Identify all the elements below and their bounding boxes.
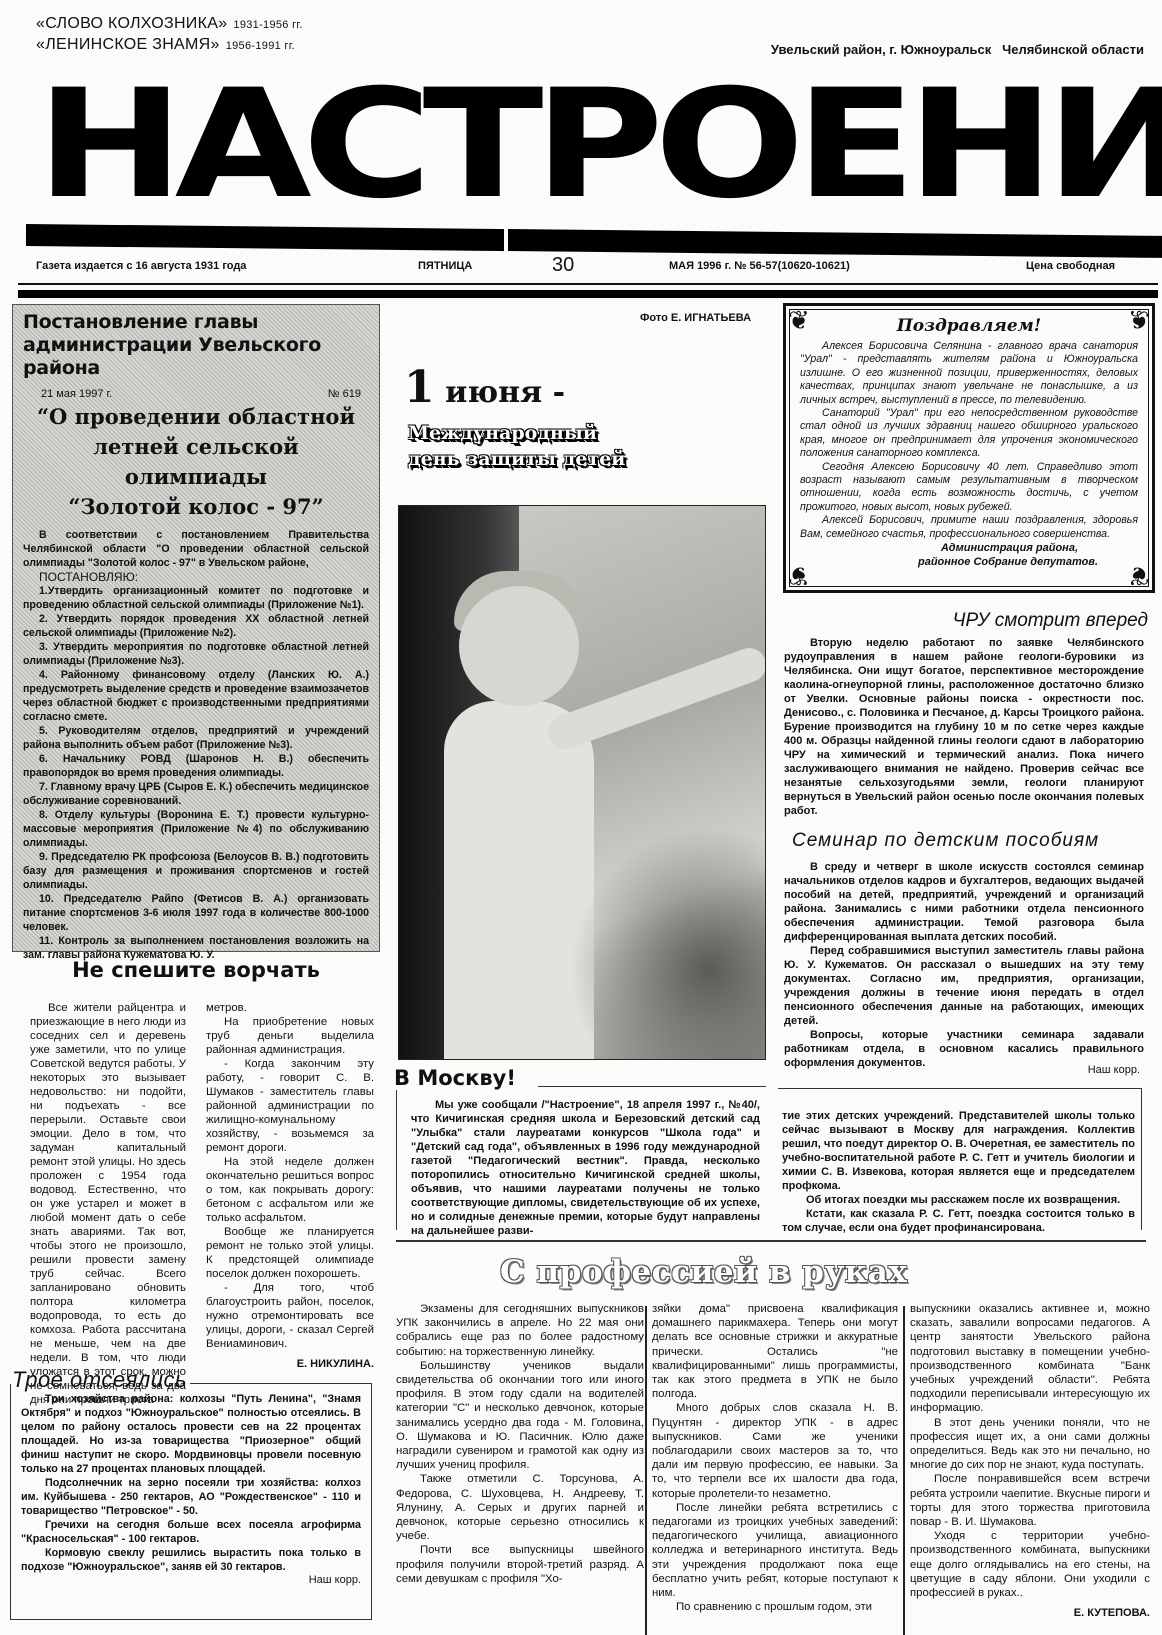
photo-credit: Фото Е. ИГНАТЬЕВА bbox=[640, 312, 751, 324]
logo-bar-notch bbox=[504, 226, 508, 256]
decree-item: 5. Руководителям отделов, предприятий и … bbox=[23, 724, 369, 752]
published-since: Газета издается с 16 августа 1931 года bbox=[36, 260, 246, 272]
day-number: 30 bbox=[552, 254, 574, 277]
article-column: Все жители райцентра и приезжающие в нег… bbox=[30, 1001, 186, 1407]
headline-chru: ЧРУ смотрит вперед bbox=[953, 610, 1148, 632]
article-column: В среду и четверг в школе искусств состо… bbox=[784, 860, 1144, 1070]
paragraph: На этой неделе должен окончательно решит… bbox=[206, 1155, 374, 1225]
article-column: тие этих детских учреждений. Представите… bbox=[778, 1088, 1142, 1230]
subheadline-line: день защиты детей bbox=[408, 446, 625, 472]
decree-item: 9. Председателю РК профсоюза (Белоусов В… bbox=[23, 850, 369, 892]
paragraph: выпускники оказались активнее и, можно с… bbox=[910, 1302, 1150, 1416]
headline-to-moscow: В Москву! bbox=[394, 1066, 516, 1090]
paragraph: Также отметили С. Торсунова, А. Федорова… bbox=[396, 1472, 644, 1543]
congrats-heading: Поздравляем! bbox=[800, 316, 1138, 336]
decree-item: 4. Районному финансовому отделу (Ланских… bbox=[23, 668, 369, 724]
paragraph: - Когда закончим эту работу, - говорит С… bbox=[206, 1057, 374, 1155]
paragraph: Вообще же планируется ремонт не только э… bbox=[206, 1225, 374, 1281]
paragraph: Перед собравшимися выступил заместитель … bbox=[784, 944, 1144, 1028]
paragraph: Гречихи на сегодня больше всех посеяла а… bbox=[21, 1518, 361, 1546]
article-column: метров. На приобретение новых труб деньг… bbox=[206, 1001, 374, 1371]
former-titles: «СЛОВО КОЛХОЗНИКА»1931-1956 гг. «ЛЕНИНСК… bbox=[36, 14, 303, 56]
paragraph: зяйки дома" присвоена квалификация домаш… bbox=[652, 1302, 898, 1401]
former-title-1: «СЛОВО КОЛХОЗНИКА»1931-1956 гг. bbox=[36, 14, 303, 35]
divider bbox=[396, 1240, 1146, 1242]
headline-dont-grumble: Не спешите ворчать bbox=[12, 958, 380, 982]
byline: Наш корр. bbox=[1088, 1064, 1140, 1076]
decree-title-2: летней сельской bbox=[23, 432, 369, 462]
paragraph: Экзамены для сегодняшних выпускников УПК… bbox=[396, 1302, 644, 1359]
paragraph: Почти все выпускницы швейного профиля по… bbox=[396, 1543, 644, 1586]
paragraph: После линейки ребята встретились с педаг… bbox=[652, 1501, 898, 1600]
signature: районное Собрание депутатов. bbox=[800, 555, 1098, 569]
paragraph: Алексей Борисович, примите наши поздравл… bbox=[800, 514, 1138, 541]
dateline: Газета издается с 16 августа 1931 года П… bbox=[36, 256, 1136, 278]
article-column: Мы уже сообщали /"Настроение", 18 апреля… bbox=[396, 1090, 766, 1230]
ornament-icon: ❦ bbox=[788, 562, 810, 588]
decree-date: 21 мая 1997 г. bbox=[41, 388, 112, 400]
paragraph: Мы уже сообщали /"Настроение", 18 апреля… bbox=[411, 1098, 760, 1238]
article-box: Три хозяйства района: колхозы "Путь Лени… bbox=[10, 1384, 372, 1620]
article-column: Вторую неделю работают по заявке Челябин… bbox=[784, 636, 1144, 818]
region-line: Увельский район, г. Южноуральск Челябинс… bbox=[771, 42, 1144, 57]
paragraph: Алексея Борисовича Селянина - главного в… bbox=[800, 340, 1138, 407]
paragraph: Все жители райцентра и приезжающие в нег… bbox=[30, 1001, 186, 1407]
decree-item: 1.Утвердить организационный комитет по п… bbox=[23, 584, 369, 612]
paragraph: По сравнению с прошлым годом, эти bbox=[652, 1600, 898, 1614]
paragraph: После понравившейся всем встречи ребята … bbox=[910, 1472, 1150, 1529]
column-rule bbox=[903, 1306, 905, 1635]
paragraph: Кормовую свеклу решились вырастить пока … bbox=[21, 1546, 361, 1574]
headline-june-1: 1 июня - bbox=[404, 362, 565, 413]
congratulations-box: ❦ ❦ ❦ ❦ Поздравляем! Алексея Борисовича … bbox=[783, 303, 1155, 593]
decree-item: 3. Утвердить мероприятия по подготовке о… bbox=[23, 640, 369, 668]
divider-thick bbox=[18, 290, 1158, 298]
article-column: зяйки дома" присвоена квалификация домаш… bbox=[652, 1302, 898, 1614]
paragraph: тие этих детских учреждений. Представите… bbox=[782, 1109, 1135, 1193]
former-title-2: «ЛЕНИНСКОЕ ЗНАМЯ»1956-1991 гг. bbox=[36, 35, 303, 56]
signature: Администрация района, bbox=[800, 541, 1078, 555]
ornament-icon: ❦ bbox=[1128, 562, 1150, 588]
weekday: ПЯТНИЦА bbox=[418, 260, 472, 272]
paragraph: метров. bbox=[206, 1001, 374, 1015]
paragraph: Вторую неделю работают по заявке Челябин… bbox=[784, 636, 1144, 818]
decree-resolve: ПОСТАНОВЛЯЮ: bbox=[23, 570, 369, 584]
subheadline-line: Международный bbox=[408, 420, 625, 446]
article-column: выпускники оказались активнее и, можно с… bbox=[910, 1302, 1150, 1620]
paragraph: Много добрых слов сказала Н. В. Пуцунтян… bbox=[652, 1401, 898, 1500]
paragraph: - Для того, чтоб благоустроить район, по… bbox=[206, 1281, 374, 1351]
headline-rest: июня - bbox=[445, 375, 565, 410]
byline: Е. КУТЕПОВА. bbox=[910, 1606, 1150, 1620]
decree-meta: 21 мая 1997 г. № 619 bbox=[41, 388, 361, 400]
column-rule bbox=[645, 1306, 647, 1635]
logo-text: НАСТРОЕНИЕ bbox=[36, 60, 1162, 230]
ornament-icon: ❦ bbox=[1128, 308, 1150, 334]
paragraph: Три хозяйства района: колхозы "Путь Лени… bbox=[21, 1392, 361, 1476]
headline-day: 1 bbox=[404, 362, 435, 413]
decree-title-4: “Золотой колос - 97” bbox=[23, 492, 369, 522]
ornament-icon: ❦ bbox=[788, 308, 810, 334]
subheadline-childrens-day: Международный день защиты детей bbox=[408, 420, 625, 472]
paragraph: Большинству учеников выдали свидетельств… bbox=[396, 1359, 644, 1473]
paragraph: Уходя с территории учебно-производственн… bbox=[910, 1529, 1150, 1600]
paragraph: В среду и четверг в школе искусств состо… bbox=[784, 860, 1144, 944]
issue-number: МАЯ 1996 г. № 56-57(10620-10621) bbox=[669, 260, 850, 272]
divider bbox=[538, 1086, 766, 1087]
divider bbox=[18, 283, 1158, 285]
decree-box: Постановление главы администрации Увельс… bbox=[12, 304, 380, 952]
price: Цена свободная bbox=[1026, 260, 1115, 272]
paragraph: Подсолнечник на зерно посеяли три хозяйс… bbox=[21, 1476, 361, 1518]
decree-title-1: “О проведении областной bbox=[23, 402, 369, 432]
decree-intro: В соответствии с постановлением Правител… bbox=[23, 528, 369, 570]
paragraph: Сегодня Алексею Борисовичу 40 лет. Справ… bbox=[800, 461, 1138, 515]
decree-item: 6. Начальнику РОВД (Шаронов Н. В.) обесп… bbox=[23, 752, 369, 780]
byline: Е. НИКУЛИНА. bbox=[206, 1357, 374, 1371]
child-photo bbox=[398, 505, 766, 1060]
paragraph: На приобретение новых труб деньги выдели… bbox=[206, 1015, 374, 1057]
decree-item: 2. Утвердить порядок проведения XX облас… bbox=[23, 612, 369, 640]
photo-child-head bbox=[459, 586, 579, 706]
decree-title-3: олимпиады bbox=[23, 462, 369, 492]
paragraph: Об итогах поездки мы расскажем после их … bbox=[782, 1193, 1135, 1207]
decree-item: 7. Главному врачу ЦРБ (Сыров Е. К.) обес… bbox=[23, 780, 369, 808]
photo-shade bbox=[569, 826, 766, 1060]
paragraph: В этот день ученики поняли, что не профе… bbox=[910, 1416, 1150, 1473]
byline: Наш корр. bbox=[21, 1574, 361, 1586]
newspaper-logo: НАСТРОЕНИЕ bbox=[26, 60, 1136, 250]
headline-profession: С профессией в руках bbox=[500, 1254, 907, 1290]
headline-seminar: Семинар по детским пособиям bbox=[792, 830, 1099, 852]
decree-number: № 619 bbox=[328, 388, 361, 400]
decree-item: 10. Председателю Райпо (Фетисов В. А.) о… bbox=[23, 892, 369, 934]
paragraph: Кстати, как сказала Р. С. Гетт, поездка … bbox=[782, 1207, 1135, 1235]
article-column: Экзамены для сегодняшних выпускников УПК… bbox=[396, 1302, 644, 1586]
decree-heading: Постановление главы администрации Увельс… bbox=[23, 311, 369, 380]
decree-item: 8. Отделу культуры (Воронина Е. Т.) пров… bbox=[23, 808, 369, 850]
paragraph: Санаторий "Урал" при его непосредственно… bbox=[800, 407, 1138, 461]
